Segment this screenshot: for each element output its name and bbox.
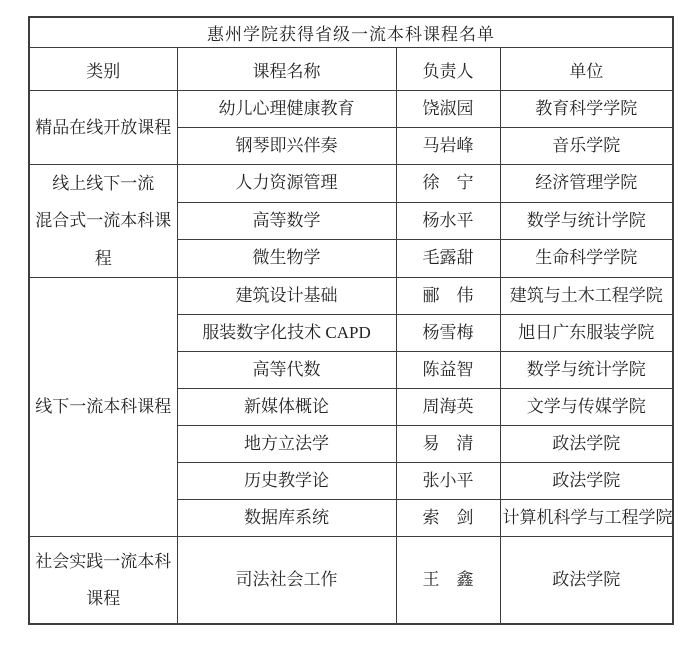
course-cell: 历史教学论 xyxy=(177,463,396,500)
category-line: 社会实践一流本科 xyxy=(35,552,171,571)
page: 惠州学院获得省级一流本科课程名单 类别 课程名称 负责人 单位 精品在线开放课程… xyxy=(0,0,699,652)
category-line: 课程 xyxy=(86,589,120,608)
unit-cell: 政法学院 xyxy=(500,426,673,463)
unit-cell: 建筑与土木工程学院 xyxy=(500,278,673,315)
course-cell: 人力资源管理 xyxy=(177,165,396,203)
unit-cell: 音乐学院 xyxy=(500,128,673,165)
person-cell: 张小平 xyxy=(396,463,500,500)
category-line: 精品在线开放课程 xyxy=(35,118,171,137)
unit-cell: 政法学院 xyxy=(500,463,673,500)
category-line: 线下一流本科课程 xyxy=(35,397,171,416)
person-cell: 毛露甜 xyxy=(396,240,500,278)
course-cell: 司法社会工作 xyxy=(177,537,396,625)
course-table: 惠州学院获得省级一流本科课程名单 类别 课程名称 负责人 单位 精品在线开放课程… xyxy=(28,16,674,625)
person-cell: 索 剑 xyxy=(396,500,500,537)
person-cell: 杨水平 xyxy=(396,202,500,240)
category-line: 混合式一流本科课 xyxy=(35,211,171,230)
col-header-category: 类别 xyxy=(29,48,177,91)
category-line: 程 xyxy=(95,249,112,268)
person-cell: 饶淑园 xyxy=(396,91,500,128)
course-cell: 服装数字化技术 CAPD xyxy=(177,315,396,352)
course-cell: 钢琴即兴伴奏 xyxy=(177,128,396,165)
unit-cell: 旭日广东服装学院 xyxy=(500,315,673,352)
course-cell: 高等数学 xyxy=(177,202,396,240)
table-row: 线上线下一流混合式一流本科课程人力资源管理徐 宁经济管理学院 xyxy=(29,165,673,203)
course-cell: 新媒体概论 xyxy=(177,389,396,426)
table-title: 惠州学院获得省级一流本科课程名单 xyxy=(29,17,673,48)
col-header-person: 负责人 xyxy=(396,48,500,91)
person-cell: 杨雪梅 xyxy=(396,315,500,352)
unit-cell: 经济管理学院 xyxy=(500,165,673,203)
course-cell: 微生物学 xyxy=(177,240,396,278)
person-cell: 易 清 xyxy=(396,426,500,463)
unit-cell: 文学与传媒学院 xyxy=(500,389,673,426)
course-cell: 数据库系统 xyxy=(177,500,396,537)
unit-cell: 数学与统计学院 xyxy=(500,202,673,240)
category-cell: 精品在线开放课程 xyxy=(29,91,177,165)
category-cell: 线上线下一流混合式一流本科课程 xyxy=(29,165,177,278)
person-cell: 徐 宁 xyxy=(396,165,500,203)
unit-cell: 数学与统计学院 xyxy=(500,352,673,389)
unit-cell: 教育科学学院 xyxy=(500,91,673,128)
course-cell: 建筑设计基础 xyxy=(177,278,396,315)
category-line: 线上线下一流 xyxy=(52,174,154,193)
person-cell: 王 鑫 xyxy=(396,537,500,625)
person-cell: 马岩峰 xyxy=(396,128,500,165)
unit-cell: 计算机科学与工程学院 xyxy=(500,500,673,537)
unit-cell: 生命科学学院 xyxy=(500,240,673,278)
person-cell: 郦 伟 xyxy=(396,278,500,315)
category-cell: 线下一流本科课程 xyxy=(29,278,177,537)
person-cell: 陈益智 xyxy=(396,352,500,389)
category-cell: 社会实践一流本科课程 xyxy=(29,537,177,625)
table-body: 精品在线开放课程幼儿心理健康教育饶淑园教育科学学院钢琴即兴伴奏马岩峰音乐学院线上… xyxy=(29,91,673,625)
table-row: 线下一流本科课程建筑设计基础郦 伟建筑与土木工程学院 xyxy=(29,278,673,315)
unit-cell: 政法学院 xyxy=(500,537,673,625)
person-cell: 周海英 xyxy=(396,389,500,426)
course-cell: 高等代数 xyxy=(177,352,396,389)
course-cell: 地方立法学 xyxy=(177,426,396,463)
header-row: 类别 课程名称 负责人 单位 xyxy=(29,48,673,91)
table-row: 社会实践一流本科课程司法社会工作王 鑫政法学院 xyxy=(29,537,673,625)
title-row: 惠州学院获得省级一流本科课程名单 xyxy=(29,17,673,48)
course-cell: 幼儿心理健康教育 xyxy=(177,91,396,128)
col-header-unit: 单位 xyxy=(500,48,673,91)
col-header-course: 课程名称 xyxy=(177,48,396,91)
table-row: 精品在线开放课程幼儿心理健康教育饶淑园教育科学学院 xyxy=(29,91,673,128)
